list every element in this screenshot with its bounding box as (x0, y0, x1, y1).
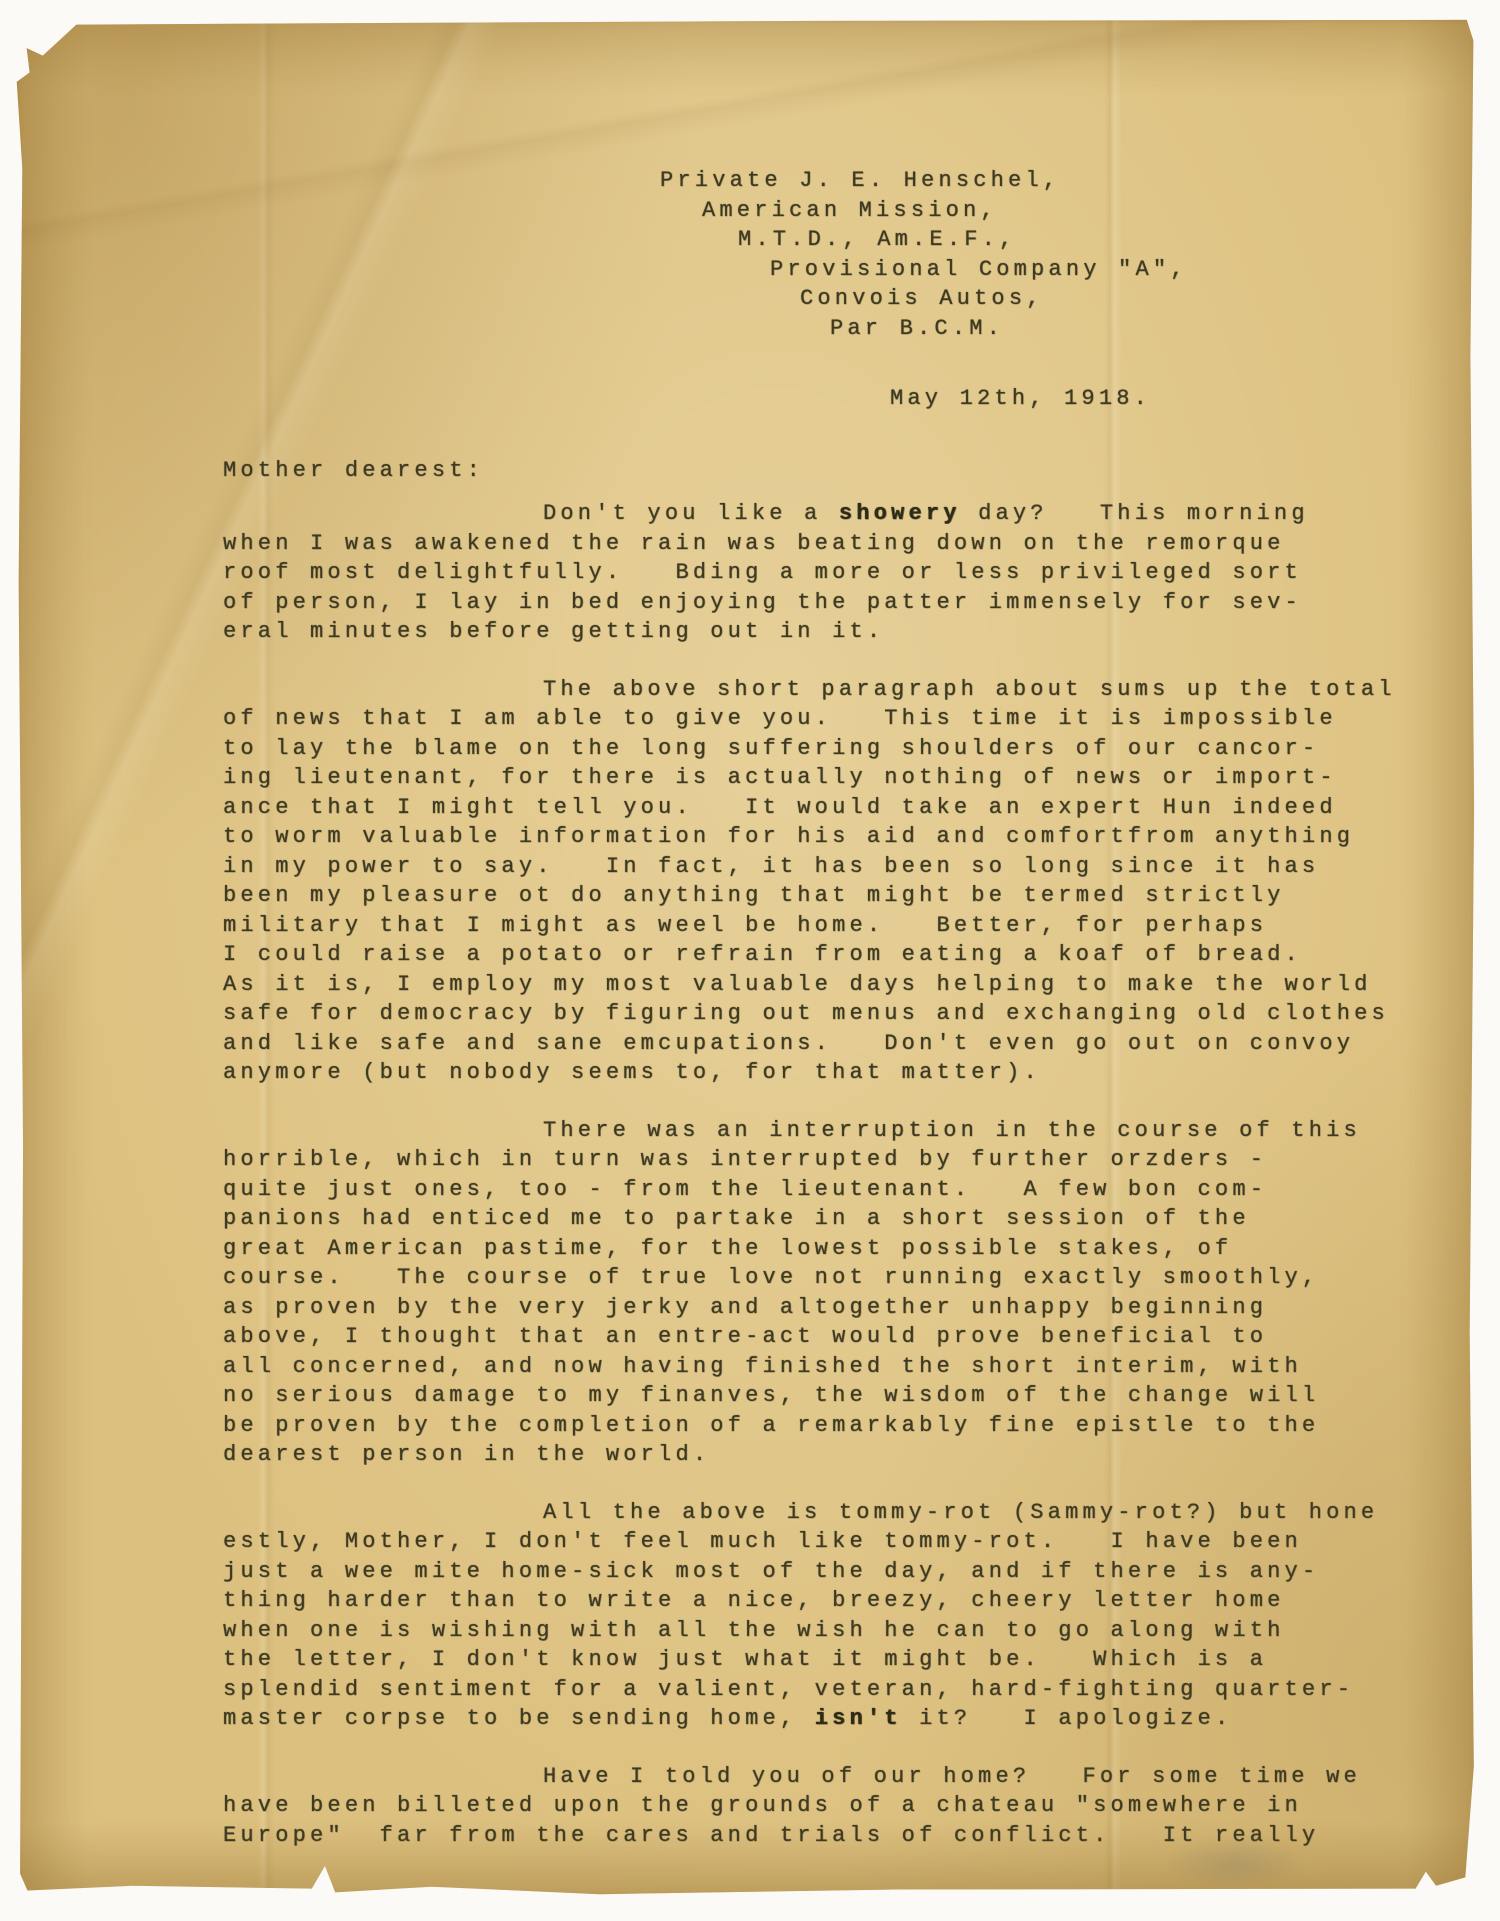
paragraph-5: Have I told you of our home? For some ti… (223, 1762, 1433, 1851)
letter-content: Private J. E. Henschel, American Mission… (223, 166, 1433, 1850)
scan-background: Private J. E. Henschel, American Mission… (0, 0, 1500, 1921)
paragraph-2: The above short paragraph about sums up … (223, 675, 1433, 1088)
overstruck-word: showery (839, 501, 961, 526)
paragraph-4-text: All the above is tommy-rot (Sammy-rot?) … (223, 1500, 1378, 1732)
address-line: Par B.C.M. (830, 314, 1433, 344)
paragraph-1: Don't you like a showery day? This morni… (223, 499, 1433, 647)
date-line: May 12th, 1918. (890, 384, 1433, 414)
address-line: American Mission, (702, 196, 1433, 226)
address-line: Convois Autos, (800, 284, 1433, 314)
address-line: M.T.D., Am.E.F., (738, 225, 1433, 255)
paragraph-4-text: it? I apologize. (902, 1706, 1233, 1731)
salutation: Mother dearest: (223, 456, 1433, 486)
paragraph-1-text: Don't you like a (543, 501, 839, 526)
letter-paper: Private J. E. Henschel, American Mission… (15, 18, 1477, 1898)
paragraph-4: All the above is tommy-rot (Sammy-rot?) … (223, 1498, 1433, 1734)
address-line: Private J. E. Henschel, (660, 166, 1433, 196)
address-line: Provisional Company "A", (770, 255, 1433, 285)
paragraph-3: There was an interruption in the course … (223, 1116, 1433, 1470)
overstruck-word: isn't (815, 1706, 902, 1731)
sender-address-block: Private J. E. Henschel, American Mission… (223, 166, 1433, 343)
